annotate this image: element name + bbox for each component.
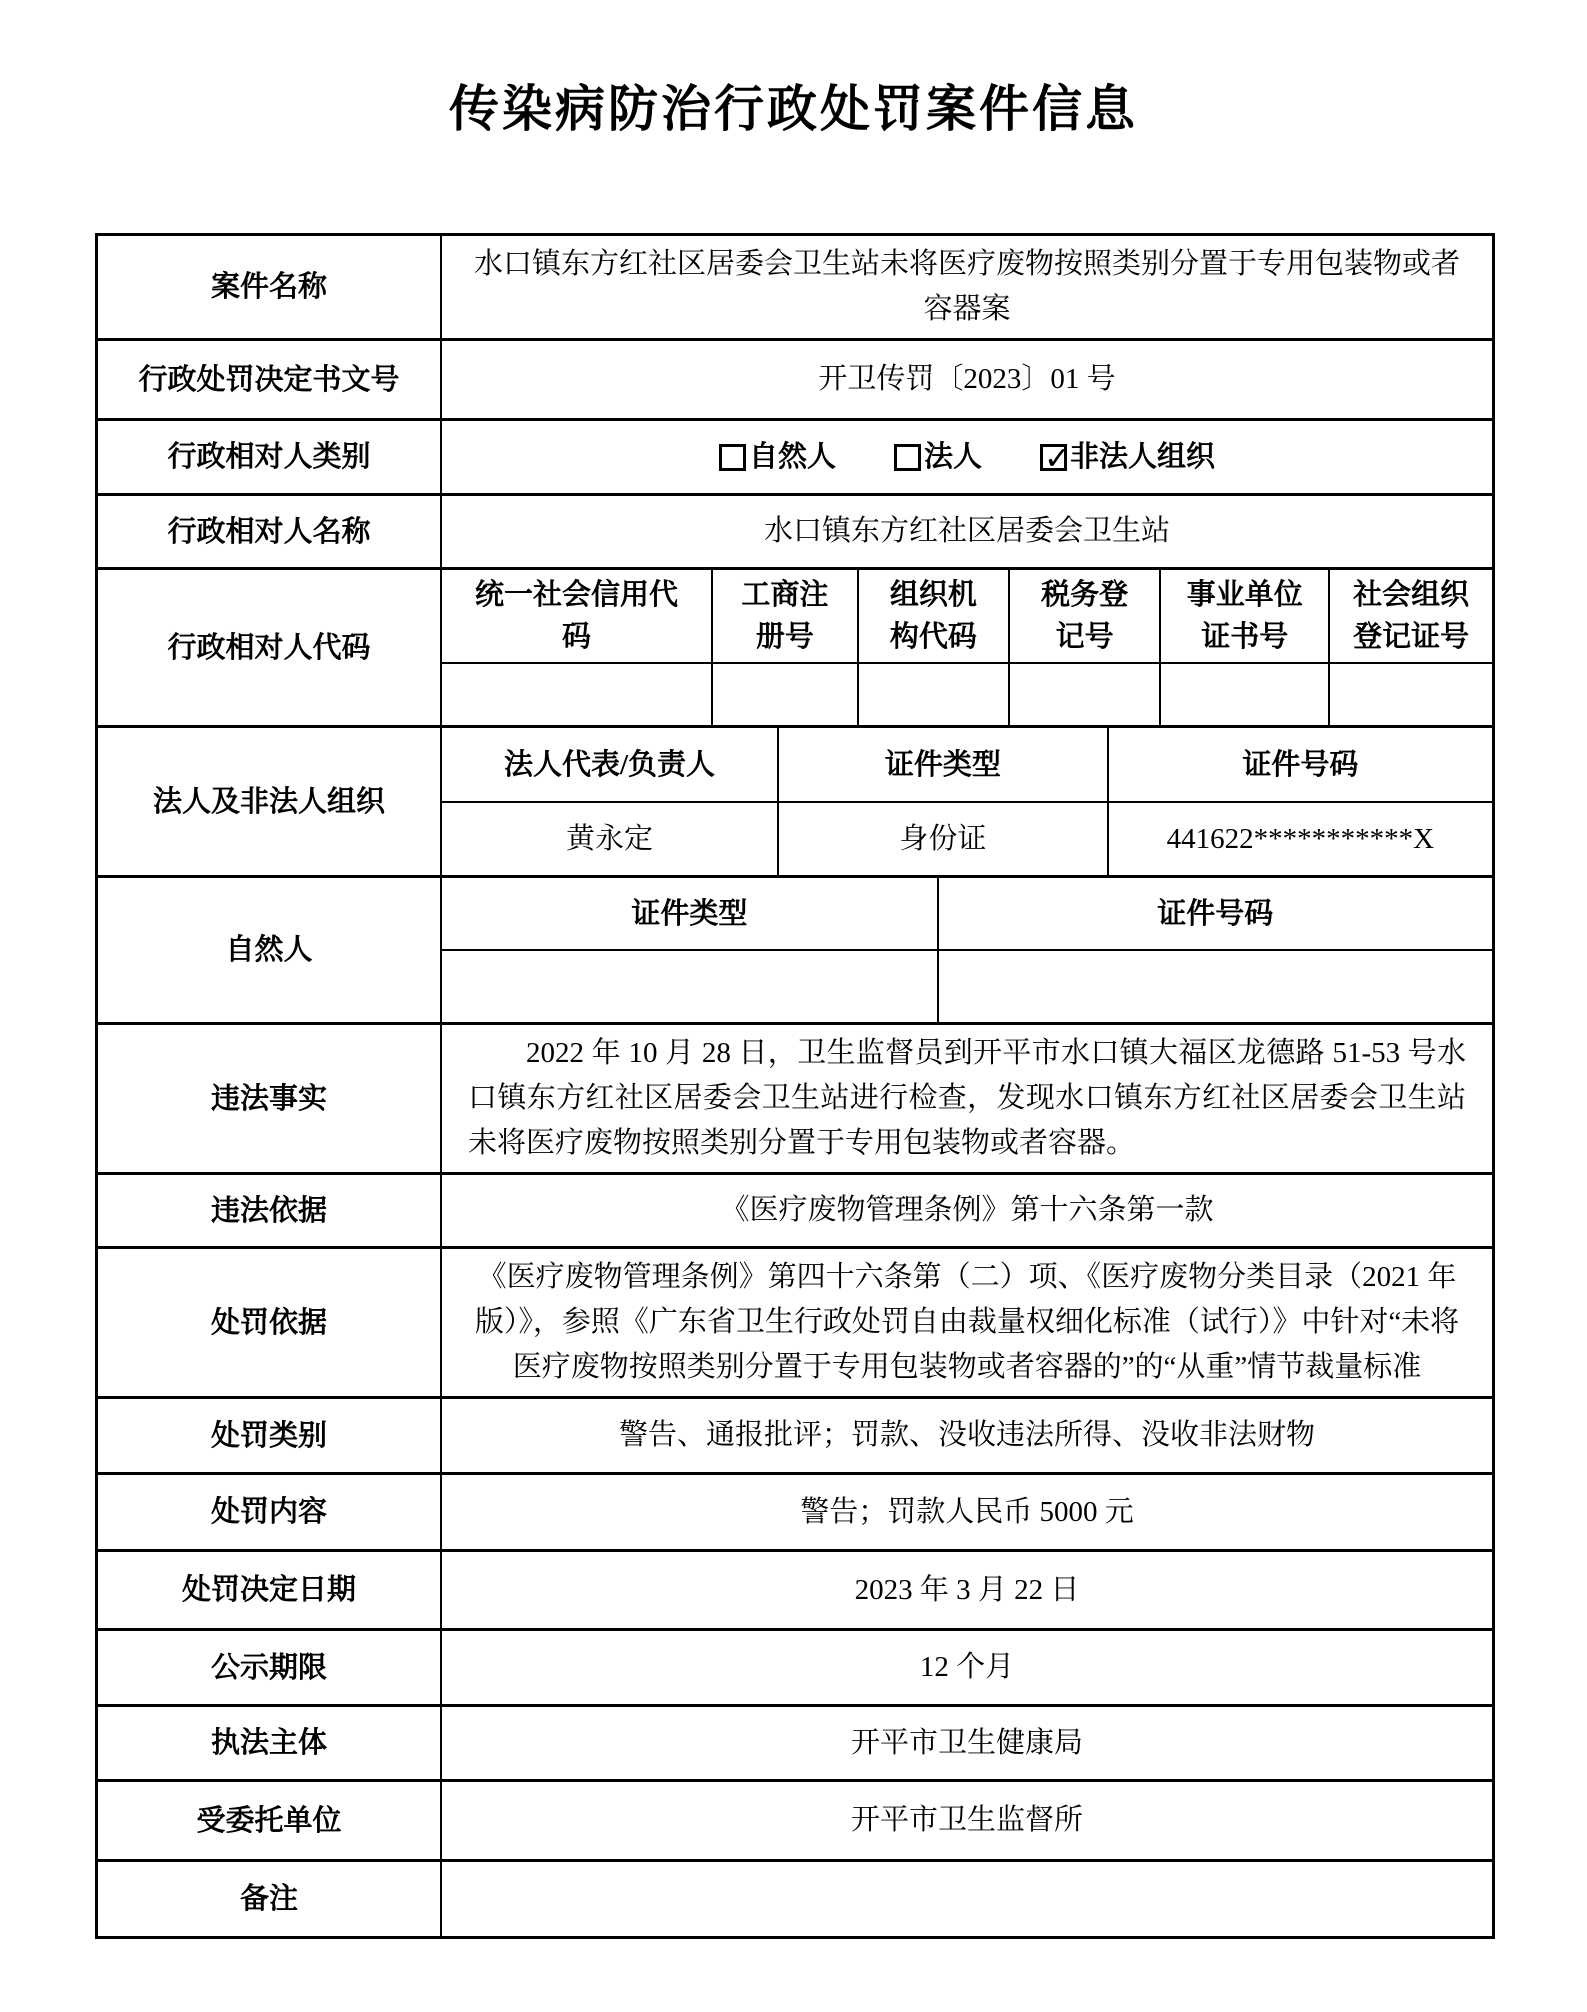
col-header-representative: 法人代表/负责人 bbox=[442, 728, 779, 801]
subtable-header-row: 统一社会信用代码 工商注册号 组织机构代码 税务登记号 事业单位证书号 社会组织… bbox=[442, 570, 1492, 664]
row-label: 违法依据 bbox=[98, 1175, 442, 1246]
penalty-category-text: 警告、通报批评；罚款、没收违法所得、没收非法财物 bbox=[468, 1413, 1466, 1458]
table-row-violation-facts: 违法事实 2022 年 10 月 28 日，卫生监督员到开平市水口镇大福区龙德路… bbox=[98, 1025, 1492, 1175]
col-header-id-number: 证件号码 bbox=[1109, 728, 1492, 801]
document-page: 传染病防治行政处罚案件信息 案件名称 水口镇东方红社区居委会卫生站未将医疗废物按… bbox=[0, 0, 1587, 2012]
row-value: 警告、通报批评；罚款、没收违法所得、没收非法财物 bbox=[442, 1399, 1492, 1472]
row-label: 行政相对人类别 bbox=[98, 421, 442, 493]
option-label: 自然人 bbox=[749, 435, 836, 480]
natural-person-subtable: 证件类型 证件号码 bbox=[442, 878, 1492, 1022]
row-value: 《医疗废物管理条例》第十六条第一款 bbox=[442, 1175, 1492, 1246]
row-label: 受委托单位 bbox=[98, 1782, 442, 1859]
row-label: 自然人 bbox=[98, 878, 442, 1022]
col-header-social-org-cert: 社会组织登记证号 bbox=[1330, 570, 1492, 662]
cell-social-org-cert bbox=[1330, 664, 1492, 725]
table-row-enforcement-body: 执法主体 开平市卫生健康局 bbox=[98, 1707, 1492, 1782]
cell-representative: 黄永定 bbox=[442, 803, 779, 875]
penalty-content-text: 警告；罚款人民币 5000 元 bbox=[468, 1490, 1466, 1535]
row-label: 处罚决定日期 bbox=[98, 1552, 442, 1628]
row-value: 开卫传罚〔2023〕01 号 bbox=[442, 341, 1492, 418]
entrusted-unit-text: 开平市卫生监督所 bbox=[468, 1798, 1466, 1843]
col-header-institution-cert: 事业单位证书号 bbox=[1161, 570, 1330, 662]
col-header-org-code: 组织机构代码 bbox=[859, 570, 1010, 662]
cell-business-reg bbox=[713, 664, 859, 725]
col-header-tax-reg: 税务登记号 bbox=[1010, 570, 1161, 662]
option-natural-person: 自然人 bbox=[719, 435, 836, 480]
row-label: 公示期限 bbox=[98, 1631, 442, 1704]
row-value: 开平市卫生健康局 bbox=[442, 1707, 1492, 1779]
violation-basis-text: 《医疗废物管理条例》第十六条第一款 bbox=[468, 1188, 1466, 1233]
col-header-id-type: 证件类型 bbox=[779, 728, 1109, 801]
table-row-penalty-category: 处罚类别 警告、通报批评；罚款、没收违法所得、没收非法财物 bbox=[98, 1399, 1492, 1475]
option-label: 法人 bbox=[924, 435, 982, 480]
row-value: 水口镇东方红社区居委会卫生站 bbox=[442, 496, 1492, 567]
option-label: 非法人组织 bbox=[1070, 435, 1215, 480]
case-info-table: 案件名称 水口镇东方红社区居委会卫生站未将医疗废物按照类别分置于专用包装物或者容… bbox=[95, 233, 1495, 1939]
decision-number-text: 开卫传罚〔2023〕01 号 bbox=[468, 357, 1466, 402]
row-label: 处罚类别 bbox=[98, 1399, 442, 1472]
row-label: 备注 bbox=[98, 1862, 442, 1936]
table-row-party-codes: 行政相对人代码 统一社会信用代码 工商注册号 组织机构代码 税务登记号 事业单位… bbox=[98, 570, 1492, 728]
cell-tax-reg bbox=[1010, 664, 1161, 725]
enforcement-body-text: 开平市卫生健康局 bbox=[468, 1721, 1466, 1766]
row-label: 行政相对人名称 bbox=[98, 496, 442, 567]
checkbox-unchecked-icon bbox=[894, 444, 921, 471]
col-header-id-number: 证件号码 bbox=[939, 878, 1492, 949]
party-category-options: 自然人 法人 非法人组织 bbox=[468, 435, 1466, 480]
row-value: 自然人 法人 非法人组织 bbox=[442, 421, 1492, 493]
table-row-decision-number: 行政处罚决定书文号 开卫传罚〔2023〕01 号 bbox=[98, 341, 1492, 421]
subtable-header-row: 法人代表/负责人 证件类型 证件号码 bbox=[442, 728, 1492, 803]
table-row-violation-basis: 违法依据 《医疗废物管理条例》第十六条第一款 bbox=[98, 1175, 1492, 1249]
page-title: 传染病防治行政处罚案件信息 bbox=[0, 72, 1587, 146]
table-row-natural-person: 自然人 证件类型 证件号码 bbox=[98, 878, 1492, 1025]
row-value: 水口镇东方红社区居委会卫生站未将医疗废物按照类别分置于专用包装物或者容器案 bbox=[442, 236, 1492, 338]
cell-id-number bbox=[939, 951, 1492, 1022]
table-row-case-name: 案件名称 水口镇东方红社区居委会卫生站未将医疗废物按照类别分置于专用包装物或者容… bbox=[98, 236, 1492, 341]
publicity-period-text: 12 个月 bbox=[468, 1645, 1466, 1690]
row-value: 12 个月 bbox=[442, 1631, 1492, 1704]
table-row-decision-date: 处罚决定日期 2023 年 3 月 22 日 bbox=[98, 1552, 1492, 1631]
cell-institution-cert bbox=[1161, 664, 1330, 725]
row-label: 处罚内容 bbox=[98, 1475, 442, 1549]
penalty-basis-text: 《医疗废物管理条例》第四十六条第（二）项、《医疗废物分类目录（2021 年版）》… bbox=[468, 1255, 1466, 1390]
subtable-value-row: 黄永定 身份证 441622***********X bbox=[442, 803, 1492, 875]
row-value: 2023 年 3 月 22 日 bbox=[442, 1552, 1492, 1628]
table-row-party-category: 行政相对人类别 自然人 法人 非法人组织 bbox=[98, 421, 1492, 496]
option-legal-person: 法人 bbox=[894, 435, 982, 480]
row-value: 开平市卫生监督所 bbox=[442, 1782, 1492, 1859]
party-codes-subtable: 统一社会信用代码 工商注册号 组织机构代码 税务登记号 事业单位证书号 社会组织… bbox=[442, 570, 1492, 725]
row-value bbox=[442, 1862, 1492, 1936]
table-row-penalty-content: 处罚内容 警告；罚款人民币 5000 元 bbox=[98, 1475, 1492, 1552]
col-header-credit-code: 统一社会信用代码 bbox=[442, 570, 713, 662]
checkbox-unchecked-icon bbox=[719, 444, 746, 471]
option-non-legal-person-org: 非法人组织 bbox=[1040, 435, 1215, 480]
col-header-business-reg: 工商注册号 bbox=[713, 570, 859, 662]
table-row-legal-org: 法人及非法人组织 法人代表/负责人 证件类型 证件号码 黄永定 身份证 4416… bbox=[98, 728, 1492, 878]
legal-org-subtable: 法人代表/负责人 证件类型 证件号码 黄永定 身份证 441622*******… bbox=[442, 728, 1492, 875]
party-name-text: 水口镇东方红社区居委会卫生站 bbox=[468, 509, 1466, 554]
cell-id-number: 441622***********X bbox=[1109, 803, 1492, 875]
row-label: 法人及非法人组织 bbox=[98, 728, 442, 875]
row-value: 《医疗废物管理条例》第四十六条第（二）项、《医疗废物分类目录（2021 年版）》… bbox=[442, 1249, 1492, 1396]
table-row-penalty-basis: 处罚依据 《医疗废物管理条例》第四十六条第（二）项、《医疗废物分类目录（2021… bbox=[98, 1249, 1492, 1399]
row-label: 处罚依据 bbox=[98, 1249, 442, 1396]
table-row-publicity-period: 公示期限 12 个月 bbox=[98, 1631, 1492, 1707]
row-label: 行政处罚决定书文号 bbox=[98, 341, 442, 418]
row-label: 案件名称 bbox=[98, 236, 442, 338]
subtable-value-row bbox=[442, 951, 1492, 1022]
table-row-remarks: 备注 bbox=[98, 1862, 1492, 1936]
row-value: 警告；罚款人民币 5000 元 bbox=[442, 1475, 1492, 1549]
col-header-id-type: 证件类型 bbox=[442, 878, 939, 949]
cell-org-code bbox=[859, 664, 1010, 725]
cell-id-type bbox=[442, 951, 939, 1022]
cell-credit-code bbox=[442, 664, 713, 725]
violation-facts-text: 2022 年 10 月 28 日，卫生监督员到开平市水口镇大福区龙德路 51-5… bbox=[468, 1031, 1466, 1166]
row-value: 2022 年 10 月 28 日，卫生监督员到开平市水口镇大福区龙德路 51-5… bbox=[442, 1025, 1492, 1172]
row-label: 执法主体 bbox=[98, 1707, 442, 1779]
subtable-header-row: 证件类型 证件号码 bbox=[442, 878, 1492, 951]
decision-date-text: 2023 年 3 月 22 日 bbox=[468, 1568, 1466, 1613]
table-row-party-name: 行政相对人名称 水口镇东方红社区居委会卫生站 bbox=[98, 496, 1492, 570]
cell-id-type: 身份证 bbox=[779, 803, 1109, 875]
row-label: 违法事实 bbox=[98, 1025, 442, 1172]
checkbox-checked-icon bbox=[1040, 444, 1067, 471]
row-label: 行政相对人代码 bbox=[98, 570, 442, 725]
case-name-text: 水口镇东方红社区居委会卫生站未将医疗废物按照类别分置于专用包装物或者容器案 bbox=[468, 242, 1466, 332]
table-row-entrusted-unit: 受委托单位 开平市卫生监督所 bbox=[98, 1782, 1492, 1862]
subtable-value-row bbox=[442, 664, 1492, 725]
